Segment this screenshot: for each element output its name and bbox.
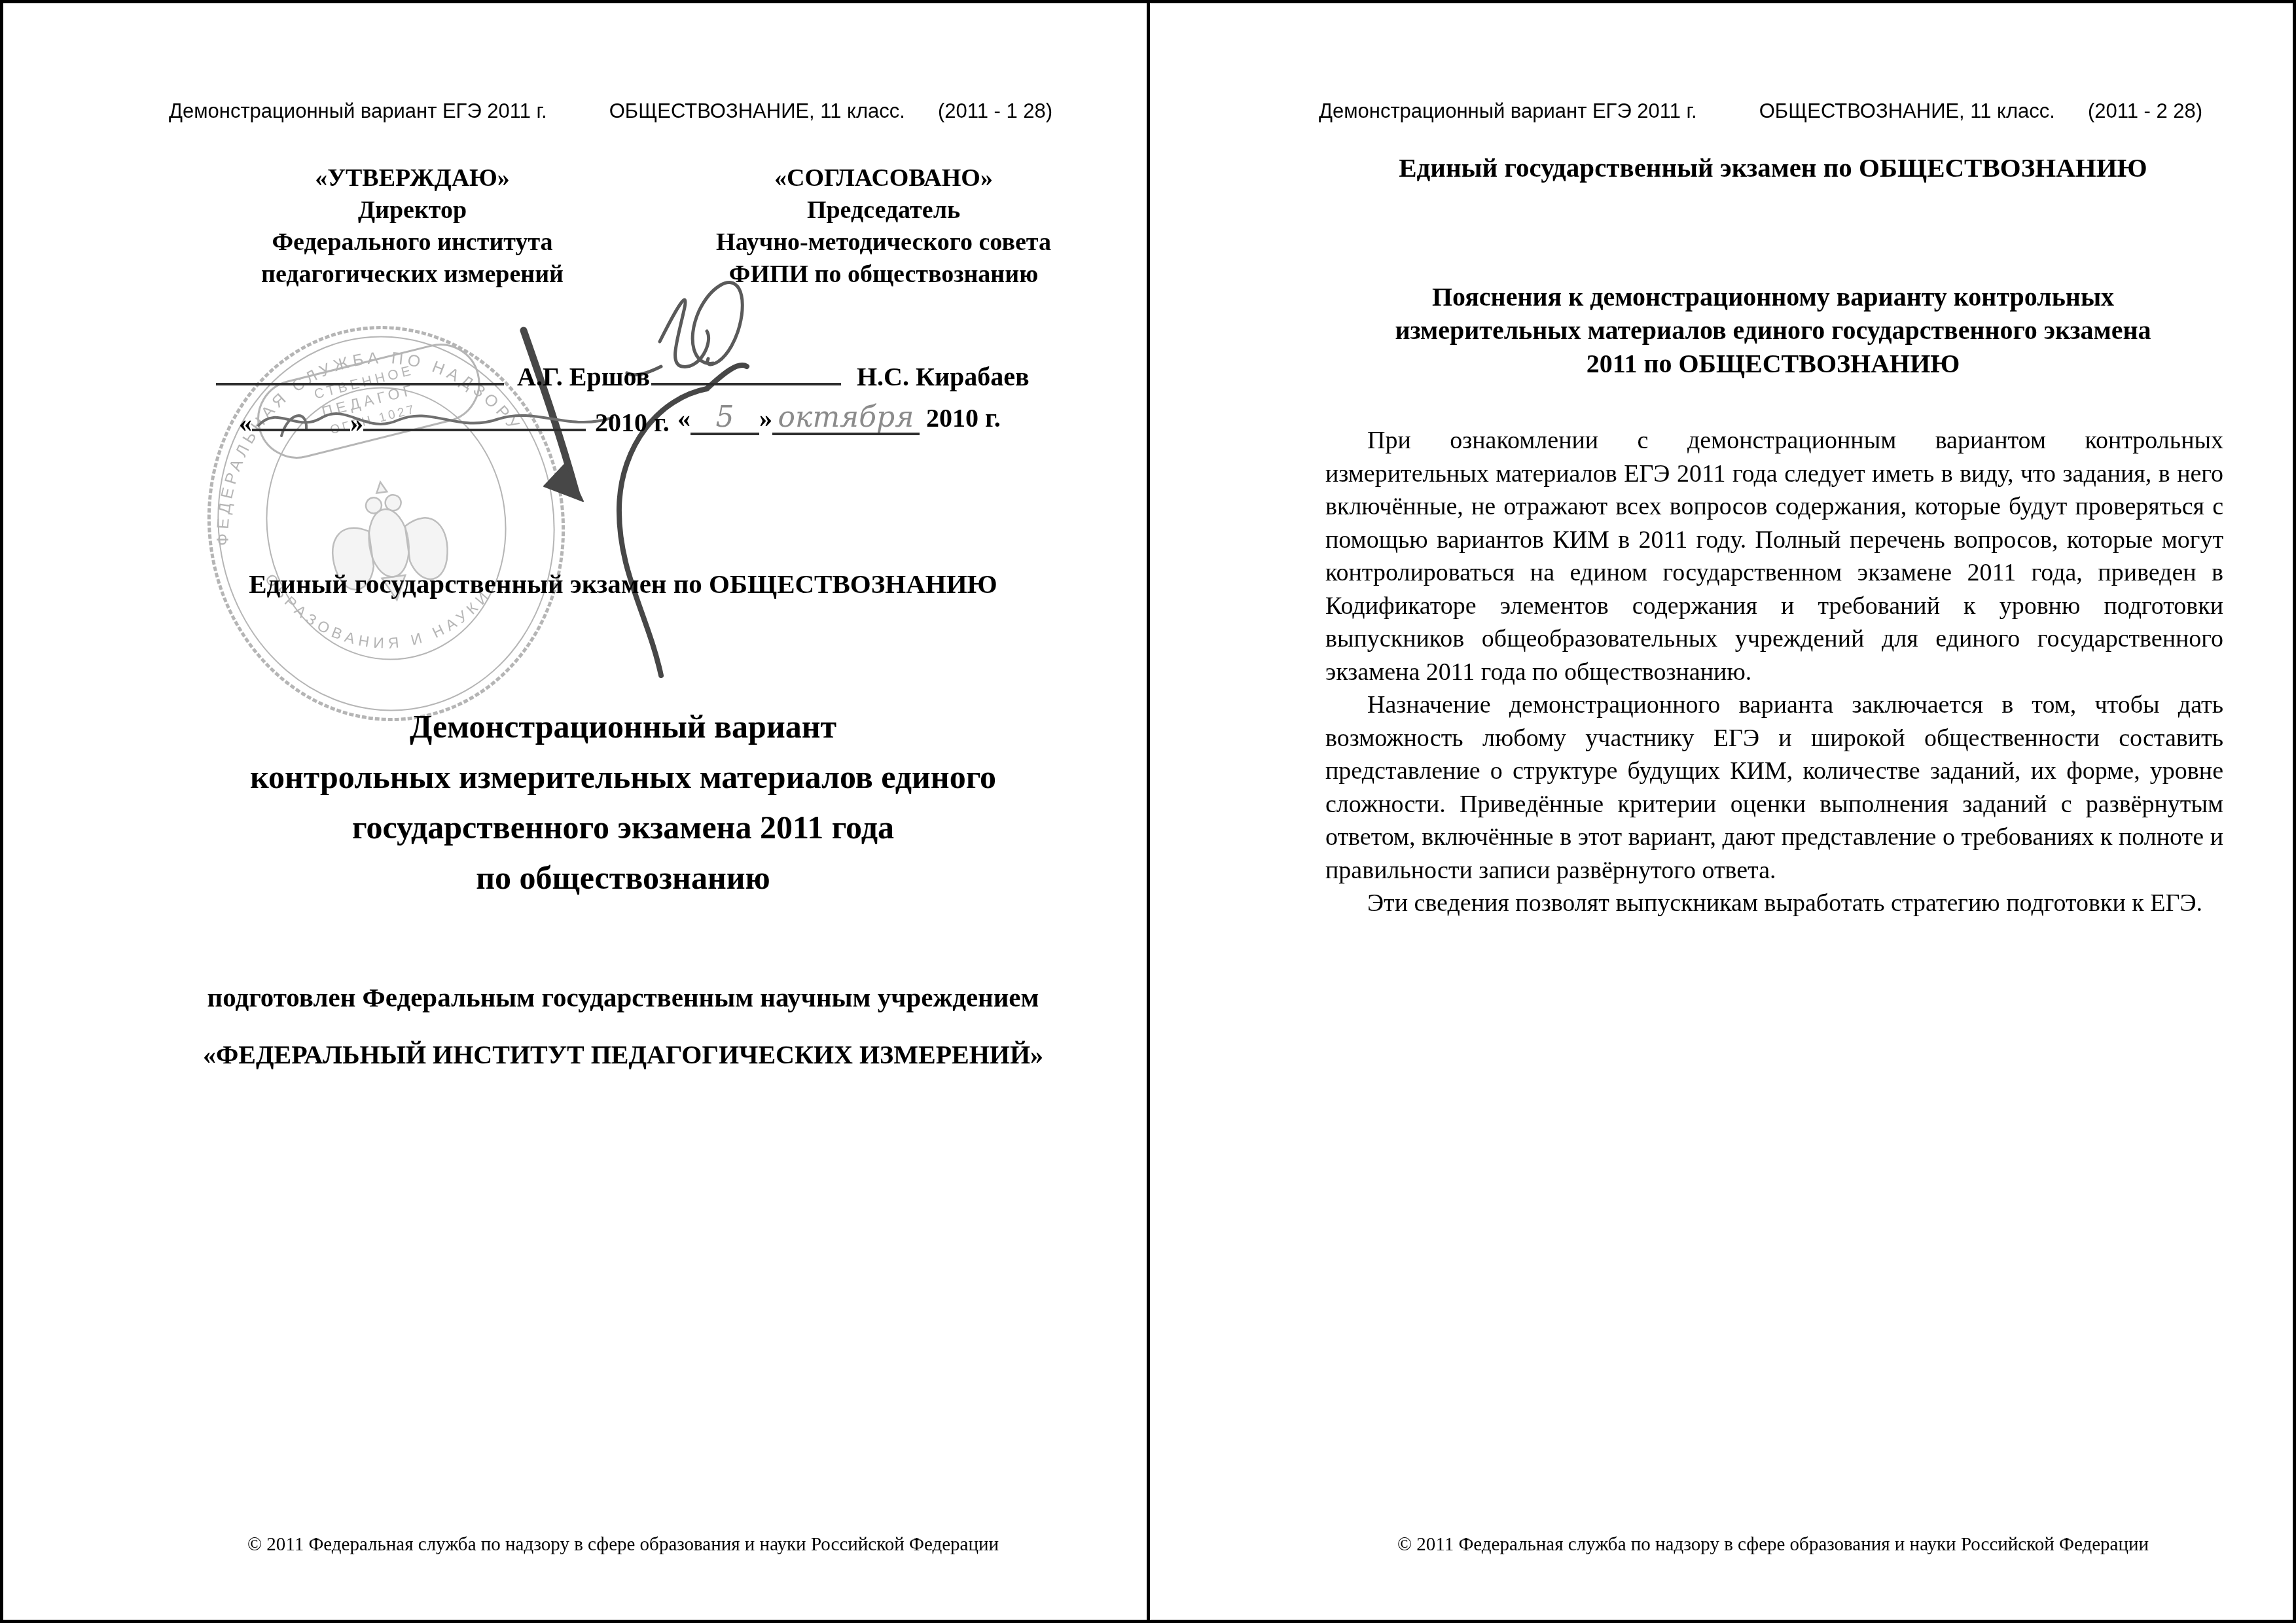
open-quote: « xyxy=(239,407,252,438)
institute-name: «ФЕДЕРАЛЬНЫЙ ИНСТИТУТ ПЕДАГОГИЧЕСКИХ ИЗМ… xyxy=(49,1039,1197,1070)
header-page-code: (2011 - 1 28) xyxy=(938,99,1052,122)
header-doc-title: Демонстрационный вариант ЕГЭ 2011 г. xyxy=(1319,99,1697,122)
date-line-ershov: «»2010 г. xyxy=(239,402,670,438)
day-blank: 5 xyxy=(691,406,759,435)
body-paragraph-2: Назначение демонстрационного варианта за… xyxy=(1325,688,2223,887)
exam-title: Единый государственный экзамен по ОБЩЕСТ… xyxy=(49,568,1197,599)
header-page-code: (2011 - 2 28) xyxy=(2088,99,2202,122)
main-title-line4: по обществознанию xyxy=(49,853,1197,903)
approval-block-agree: «СОГЛАСОВАНО» Председатель Научно-методи… xyxy=(641,162,1126,291)
prepared-by: подготовлен Федеральным государственным … xyxy=(49,982,1197,1013)
agree-org-line2: ФИПИ по обществознанию xyxy=(641,259,1126,291)
section-title-line1: Пояснения к демонстрационному варианту к… xyxy=(1199,280,2296,313)
year-label: 2010 г. xyxy=(926,402,1001,433)
month-blank: октября xyxy=(772,406,920,435)
approve-org-line2: педагогических измерений xyxy=(164,259,661,291)
main-title: Демонстрационный вариант контрольных изм… xyxy=(49,702,1197,903)
page-footer: © 2011 Федеральная служба по надзору в с… xyxy=(1199,1534,2296,1556)
section-title: Пояснения к демонстрационному варианту к… xyxy=(1199,280,2296,380)
close-quote: » xyxy=(759,402,772,433)
page-footer: © 2011 Федеральная служба по надзору в с… xyxy=(49,1534,1197,1556)
exam-title: Единый государственный экзамен по ОБЩЕСТ… xyxy=(1199,152,2296,183)
signature-line-ershov: А.Г. Ершов xyxy=(216,357,650,392)
section-title-line2: измерительных материалов единого государ… xyxy=(1199,313,2296,347)
body-paragraph-3: Эти сведения позволят выпускникам вырабо… xyxy=(1325,887,2223,920)
body-text: При ознакомлении с демонстрационным вари… xyxy=(1325,424,2223,920)
approver-name: Н.С. Кирабаев xyxy=(857,361,1030,392)
handwritten-day: 5 xyxy=(716,401,734,434)
body-paragraph-1: При ознакомлении с демонстрационным вари… xyxy=(1325,424,2223,688)
signature-line-kirabaev: Н.С. Кирабаев xyxy=(651,357,1030,392)
approver-name: А.Г. Ершов xyxy=(517,361,650,392)
main-title-line1: Демонстрационный вариант xyxy=(49,702,1197,752)
signature-blank xyxy=(216,357,504,385)
close-quote: » xyxy=(350,407,363,438)
agree-role: Председатель xyxy=(641,194,1126,226)
page-header: Демонстрационный вариант ЕГЭ 2011 г.ОБЩЕ… xyxy=(169,99,1052,123)
header-doc-title: Демонстрационный вариант ЕГЭ 2011 г. xyxy=(169,99,547,122)
handwritten-month: октября xyxy=(778,401,914,434)
year-label: 2010 г. xyxy=(595,407,670,438)
agree-title: «СОГЛАСОВАНО» xyxy=(641,162,1126,194)
month-blank xyxy=(363,402,586,431)
page-header: Демонстрационный вариант ЕГЭ 2011 г.ОБЩЕ… xyxy=(1319,99,2202,123)
agree-org-line1: Научно-методического совета xyxy=(641,226,1126,259)
section-title-line3: 2011 по ОБЩЕСТВОЗНАНИЮ xyxy=(1199,347,2296,380)
approval-block-approve: «УТВЕРЖДАЮ» Директор Федерального инстит… xyxy=(164,162,661,291)
open-quote: « xyxy=(677,402,691,433)
page-right: Демонстрационный вариант ЕГЭ 2011 г.ОБЩЕ… xyxy=(1150,0,2296,1623)
main-title-line3: государственного экзамена 2011 года xyxy=(49,802,1197,853)
approve-role: Директор xyxy=(164,194,661,226)
header-subject: ОБЩЕСТВОЗНАНИЕ, 11 класс. xyxy=(609,99,905,122)
page-left: Демонстрационный вариант ЕГЭ 2011 г.ОБЩЕ… xyxy=(0,0,1147,1623)
date-line-kirabaev: «5»октября2010 г. xyxy=(677,402,1001,435)
approve-title: «УТВЕРЖДАЮ» xyxy=(164,162,661,194)
main-title-line2: контрольных измерительных материалов еди… xyxy=(49,752,1197,802)
page-divider xyxy=(1147,0,1150,1623)
signature-blank xyxy=(651,357,841,385)
day-blank xyxy=(252,402,350,431)
approve-org-line1: Федерального института xyxy=(164,226,661,259)
header-subject: ОБЩЕСТВОЗНАНИЕ, 11 класс. xyxy=(1759,99,2055,122)
